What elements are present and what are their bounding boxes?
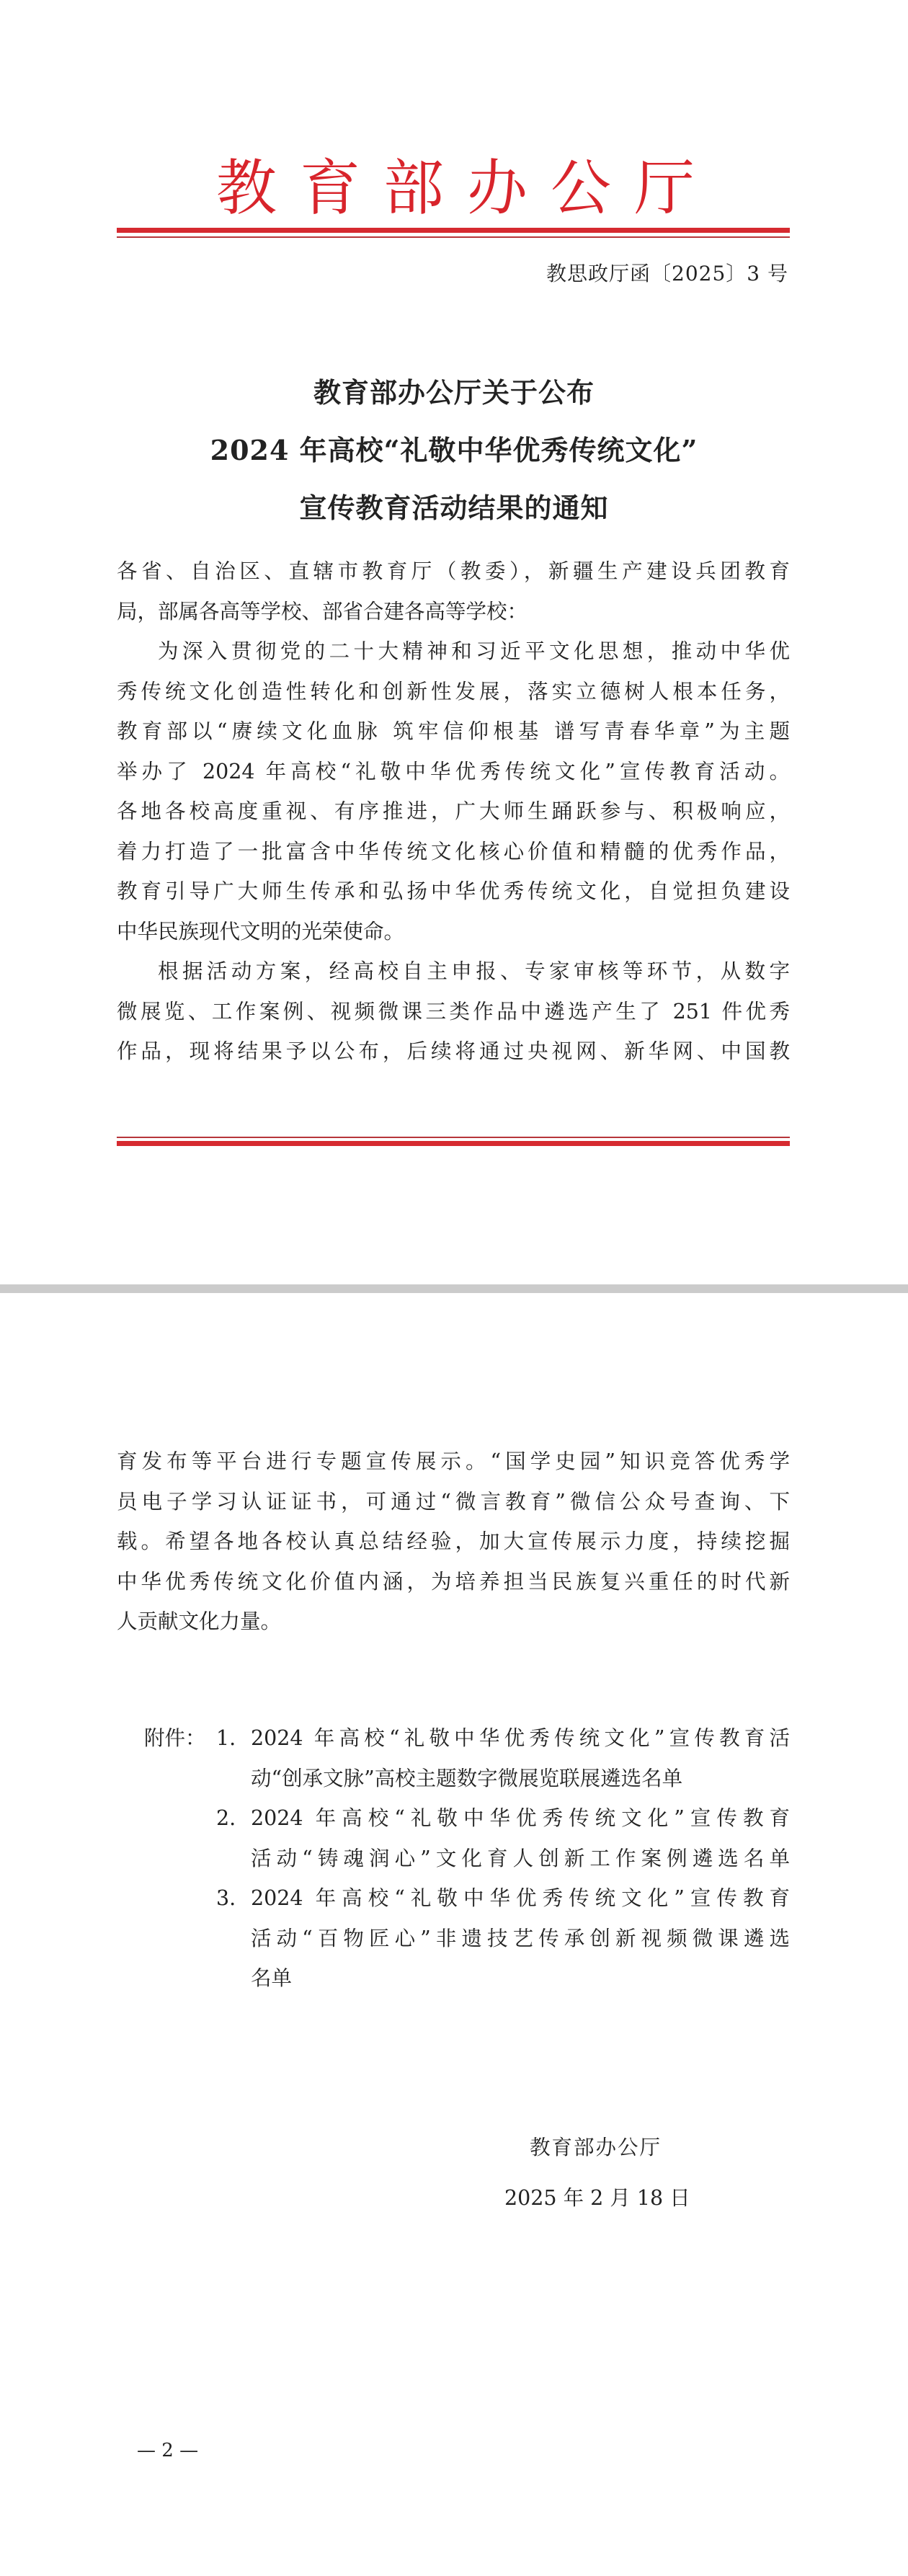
attachment-number: 2. — [216, 1798, 251, 1839]
paragraph-line: 各地各校高度重视、有序推进，广大师生踊跃参与、积极响应， — [117, 791, 790, 832]
signature-org: 教育部办公厅 — [530, 2133, 662, 2162]
paragraph-line: 根据活动方案，经高校自主申报、专家审核等环节，从数字 — [117, 951, 790, 992]
attachment-item: 2. 2024 年高校“礼敬中华优秀传统文化”宣传教育 — [144, 1798, 790, 1839]
paragraph-line: 教育引导广大师生传承和弘扬中华优秀传统文化，自觉担负建设 — [117, 871, 790, 912]
attachment-number: 3. — [216, 1878, 251, 1919]
attachment-title-cont: 活动“铸魂润心”文化育人创新工作案例遴选名单 — [144, 1839, 790, 1879]
footer-rule-thin — [117, 1137, 790, 1138]
attachment-title: 2024 年高校“礼敬中华优秀传统文化”宣传教育 — [251, 1798, 790, 1839]
attachment-title: 2024 年高校“礼敬中华优秀传统文化”宣传教育 — [251, 1878, 790, 1919]
paragraph-line: 作品，现将结果予以公布，后续将通过央视网、新华网、中国教 — [117, 1031, 790, 1072]
paragraph-line: 员电子学习认证证书，可通过“微言教育”微信公众号查询、下 — [117, 1482, 790, 1522]
attachments-list: 附件： 1. 2024 年高校“礼敬中华优秀传统文化”宣传教育活 动“创承文脉”… — [144, 1718, 790, 1999]
title-line: 宣传教育活动结果的通知 — [0, 479, 908, 537]
addressee-line: 局，部属各高等学校、部省合建各高等学校： — [117, 592, 790, 632]
letterhead-rule-thick — [117, 228, 790, 233]
paragraph-line: 教育部以“赓续文化血脉 筑牢信仰根基 谱写青春华章”为主题 — [117, 711, 790, 752]
paragraph-line: 着力打造了一批富含中华传统文化核心价值和精髓的优秀作品， — [117, 832, 790, 872]
document-number: 教思政厅函〔2025〕3 号 — [546, 259, 788, 288]
paragraph-line: 中华民族现代文明的光荣使命。 — [117, 912, 790, 952]
body-text-page-2: 育发布等平台进行专题宣传展示。“国学史园”知识竞答优秀学 员电子学习认证证书，可… — [117, 1442, 790, 1642]
page-number: — 2 — — [137, 2436, 198, 2465]
letterhead-char: 部 — [383, 141, 441, 235]
paragraph-line: 为深入贯彻党的二十大精神和习近平文化思想，推动中华优 — [117, 631, 790, 672]
letterhead-char: 厅 — [634, 141, 692, 235]
letterhead-char: 育 — [300, 141, 357, 235]
body-text-page-1: 各省、自治区、直辖市教育厅（教委），新疆生产建设兵团教育 局，部属各高等学校、部… — [117, 551, 790, 1072]
title-line: 2024 年高校“礼敬中华优秀传统文化” — [0, 422, 908, 479]
title-line: 教育部办公厅关于公布 — [0, 364, 908, 422]
paragraph-line: 载。希望各地各校认真总结经验，加大宣传展示力度，持续挖掘 — [117, 1522, 790, 1562]
attachment-title: 2024 年高校“礼敬中华优秀传统文化”宣传教育活 — [251, 1718, 790, 1759]
letterhead-char: 办 — [467, 141, 525, 235]
letterhead-rule-thin — [117, 236, 790, 238]
letterhead-title: 教 育 部 办 公 厅 — [0, 141, 908, 235]
letterhead-char: 公 — [551, 141, 608, 235]
paragraph-line: 秀传统文化创造性转化和创新性发展，落实立德树人根本任务， — [117, 672, 790, 712]
signature-date: 2025 年 2 月 18 日 — [504, 2184, 690, 2213]
attachment-title-cont: 活动“百物匠心”非遗技艺传承创新视频微课遴选 — [144, 1919, 790, 1959]
paragraph-line: 育发布等平台进行专题宣传展示。“国学史园”知识竞答优秀学 — [117, 1442, 790, 1482]
document-page-1: 教 育 部 办 公 厅 教思政厅函〔2025〕3 号 教育部办公厅关于公布 20… — [0, 0, 908, 1284]
attachment-number: 1. — [216, 1718, 251, 1759]
addressee-line: 各省、自治区、直辖市教育厅（教委），新疆生产建设兵团教育 — [117, 551, 790, 592]
attachment-title-cont: 名单 — [144, 1958, 790, 1999]
document-title: 教育部办公厅关于公布 2024 年高校“礼敬中华优秀传统文化” 宣传教育活动结果… — [0, 364, 908, 537]
paragraph-line: 中华优秀传统文化价值内涵，为培养担当民族复兴重任的时代新 — [117, 1562, 790, 1602]
attachments-label: 附件： — [144, 1718, 216, 1759]
paragraph-line: 举办了 2024 年高校“礼敬中华优秀传统文化”宣传教育活动。 — [117, 752, 790, 792]
footer-rule-thick — [117, 1141, 790, 1146]
document-page-2: 育发布等平台进行专题宣传展示。“国学史园”知识竞答优秀学 员电子学习认证证书，可… — [0, 1293, 908, 2576]
attachment-item: 3. 2024 年高校“礼敬中华优秀传统文化”宣传教育 — [144, 1878, 790, 1919]
paragraph-line: 人贡献文化力量。 — [117, 1602, 790, 1642]
letterhead-char: 教 — [216, 141, 274, 235]
attachment-item: 附件： 1. 2024 年高校“礼敬中华优秀传统文化”宣传教育活 — [144, 1718, 790, 1759]
attachment-title-cont: 动“创承文脉”高校主题数字微展览联展遴选名单 — [144, 1759, 790, 1799]
paragraph-line: 微展览、工作案例、视频微课三类作品中遴选产生了 251 件优秀 — [117, 992, 790, 1032]
page-separator — [0, 1284, 908, 1293]
